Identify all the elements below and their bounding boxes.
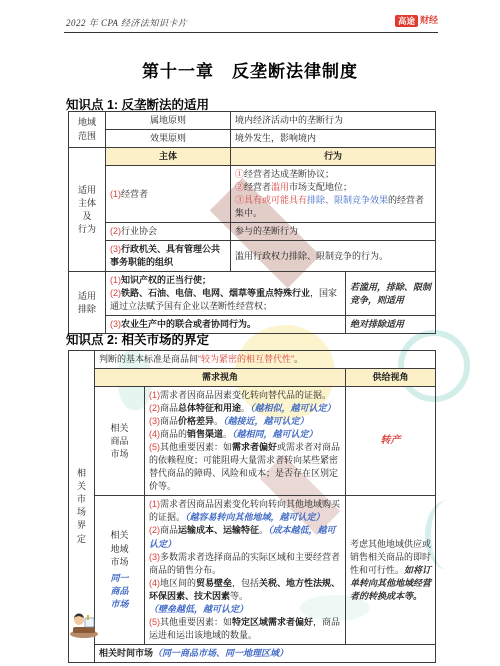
factor-item: (1)需求者因商品因素变化转向替代品的证据。: [149, 389, 341, 402]
table-row: 需求视角 供给视角: [69, 369, 436, 387]
geo-market-factors: (1)需求者因商品因素变化转向转向其他地域购买的证据。（越容易转向其他地域，越可…: [145, 496, 346, 645]
geo-market-sub-label: 同一 商品 市场: [99, 572, 140, 611]
table-antimonopoly-application: 地域 范围 属地原则 境内经济活动中的垄断行为 效果原则 境外发生，影响境内 适…: [68, 111, 436, 334]
territorial-desc: 境内经济活动中的垄断行为: [231, 112, 436, 130]
exclusion-items-1-2: (1)知识产权的正当行使； (2)铁路、石油、电信、电网、烟草等重点特殊行业，国…: [106, 272, 346, 316]
factor-item: (3)商品价格差异。（越接近，越可认定）: [149, 415, 341, 428]
table-row: (2)行业协会 参与的垄断行为: [69, 223, 436, 241]
product-supply-view: 转产: [346, 387, 436, 496]
col-header-demand: 需求视角: [95, 369, 346, 387]
operator-name: (1)经营者: [106, 166, 231, 223]
factor-item: (5)其他重要因素：如需求者偏好或需求者对商品的依赖程度；可能阻碍大量需求者转向…: [149, 441, 341, 493]
admin-organ-name: (3)行政机关、具有管理公共事务职能的组织: [106, 241, 231, 272]
table-row: 相关时间市场（同一商品市场、同一地理区域）: [69, 644, 436, 662]
factor-item: (4)地区间的贸易壁垒，包括关税、地方性法规、环保因素、技术因素等。（壁垒越低，…: [149, 577, 341, 616]
factor-item: (2)商品总体特征和用途。（越相似，越可认定）: [149, 402, 341, 415]
exclusion-label: 适用 排除: [69, 272, 106, 334]
product-market-factors: (1)需求者因商品因素变化转向替代品的证据。 (2)商品总体特征和用途。（越相似…: [145, 387, 346, 496]
col-header-supply: 供给视角: [346, 369, 436, 387]
chapter-title: 第十一章 反垄断法律制度: [0, 57, 500, 82]
col-header-subject: 主体: [106, 148, 231, 166]
territorial-principle: 属地原则: [106, 112, 231, 130]
judgement-standard: 判断的基本标准是商品间“较为紧密的相互替代性”。: [95, 351, 436, 369]
table-row: 适用 排除 (1)知识产权的正当行使； (2)铁路、石油、电信、电网、烟草等重点…: [69, 272, 436, 316]
geo-market-label-text: 相关 地域 市场: [110, 530, 128, 566]
exclusion-note-2: 绝对排除适用: [346, 316, 436, 334]
table-row: 效果原则 境外发生，影响境内: [69, 130, 436, 148]
brand-logo: 高途 财经: [395, 15, 438, 27]
time-market-row: 相关时间市场（同一商品市场、同一地理区域）: [95, 644, 436, 662]
factor-item: (4)商品的销售渠道。（越相同，越可认定）: [149, 428, 341, 441]
product-market-label: 相关 商品 市场: [95, 387, 145, 496]
table-row: 相关 商品 市场 (1)需求者因商品因素变化转向替代品的证据。 (2)商品总体特…: [69, 387, 436, 496]
geo-supply-view: 考虑其他地域供应或销售相关商品的即时性和可行性。如将订单转向其他地域经营者的转换…: [346, 496, 436, 645]
operator-behavior: ①经营者达成垄断协议； ②经营者滥用市场支配地位； ③具有或可能具有排除、限制竞…: [231, 166, 436, 223]
table-row: 相关 地域 市场 同一 商品 市场 (1)需求者因商品因素变化转向转向其他地域购…: [69, 496, 436, 645]
factor-item: (1)需求者因商品因素变化转向转向其他地域购买的证据。（越容易转向其他地域，越可…: [149, 498, 341, 524]
factor-item: (2)商品运输成本、运输特征。（成本越低，越可认定）: [149, 524, 341, 550]
exclusion-note-1: 若滥用，排除、限制竞争，则适用: [346, 272, 436, 316]
region-scope-label: 地域 范围: [69, 112, 106, 148]
admin-organ-behavior: 滥用行政权力排除、限制竞争的行为。: [231, 241, 436, 272]
table-relevant-market: 相 关 市 场 界 定 判断的基本标准是商品间“较为紧密的相互替代性”。 需求视…: [68, 350, 436, 663]
table-row: (1)经营者 ①经营者达成垄断协议； ②经营者滥用市场支配地位； ③具有或可能具…: [69, 166, 436, 223]
logo-suffix-text: 财经: [420, 16, 438, 25]
document-page: 2022 年 CPA 经济法知识卡片 高途 财经 第十一章 反垄断法律制度 知识…: [0, 0, 500, 666]
effect-desc: 境外发生，影响境内: [231, 130, 436, 148]
header-divider: [64, 32, 438, 33]
association-behavior: 参与的垄断行为: [231, 223, 436, 241]
logo-box-text: 高途: [395, 15, 418, 27]
effect-principle: 效果原则: [106, 130, 231, 148]
studying-mascot-illustration: [68, 610, 100, 638]
table-row: 适用 主体 及 行为 主体 行为: [69, 148, 436, 166]
association-name: (2)行业协会: [106, 223, 231, 241]
factor-item: (5)其他重要因素：如特定区域需求者偏好，商品运进和运出该地域的数量。: [149, 616, 341, 642]
col-header-behavior: 行为: [231, 148, 436, 166]
geo-market-label: 相关 地域 市场 同一 商品 市场: [95, 496, 145, 645]
table-row: (3)行政机关、具有管理公共事务职能的组织 滥用行政权力排除、限制竞争的行为。: [69, 241, 436, 272]
doc-header-title: 2022 年 CPA 经济法知识卡片: [66, 16, 187, 29]
factor-item: (3)多数需求者选择商品的实际区域和主要经营者商品的销售分布。: [149, 551, 341, 577]
table-row: 相 关 市 场 界 定 判断的基本标准是商品间“较为紧密的相互替代性”。: [69, 351, 436, 369]
kp2-heading: 知识点 2: 相关市场的界定: [66, 330, 209, 348]
table-row: 地域 范围 属地原则 境内经济活动中的垄断行为: [69, 112, 436, 130]
subject-behavior-label: 适用 主体 及 行为: [69, 148, 106, 272]
